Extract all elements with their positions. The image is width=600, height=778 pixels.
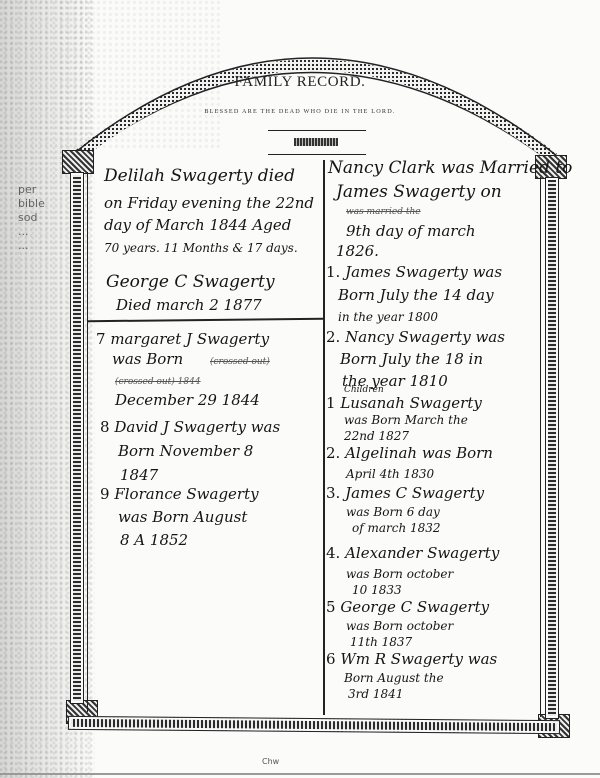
footer-mark: Chw: [262, 757, 279, 766]
entry-line: Florance Swagerty: [114, 485, 258, 503]
entry-line: David J Swagerty was: [114, 418, 280, 436]
entry-line: 1826.: [336, 244, 379, 259]
entry-line: 10 1833: [352, 584, 402, 596]
entry-line: 70 years. 11 Months & 17 days.: [104, 242, 298, 254]
entry-line: Born July the 14 day: [338, 288, 494, 303]
entry-line: 8 A 1852: [120, 533, 188, 548]
entry-line: December 29 1844: [115, 393, 260, 408]
entry-line: Born July the 18 in: [340, 352, 483, 367]
entry-line: Algelinah was Born: [345, 444, 493, 462]
entry-number: 7: [96, 330, 106, 348]
entry-line: was Born August: [118, 510, 247, 525]
entry-line: Died march 2 1877: [116, 298, 262, 313]
entry-number: 6: [326, 650, 336, 668]
entry-line: was Born: [112, 352, 183, 367]
margin-note-line: per: [18, 183, 78, 197]
entry-line: Nancy Swagerty was: [345, 328, 505, 346]
column-divider: [323, 160, 325, 715]
entry-line: was Born 6 day: [346, 506, 440, 518]
entry-number: 5: [326, 598, 336, 616]
entry-line: George C Swagerty: [106, 274, 275, 291]
entry-number: 2.: [326, 328, 340, 346]
page-bottom-edge: [0, 773, 600, 775]
entry-line: day of March 1844 Aged: [104, 218, 291, 233]
header-rule-bottom: [268, 154, 366, 155]
entry-line: was Born March the: [344, 414, 468, 426]
struck-text: was married the: [346, 208, 421, 217]
entry-line: 3rd 1841: [348, 688, 403, 700]
entry-line: was Born october: [346, 620, 453, 632]
left-section-rule: [88, 318, 323, 322]
entry-line: Born November 8: [118, 444, 253, 459]
entry-line: Nancy Clark was Married to: [328, 160, 572, 177]
border-corner-top-left: [62, 150, 94, 174]
entry-number: 9: [100, 485, 110, 503]
entry-number: 1: [326, 394, 336, 412]
entry-number: 3.: [326, 484, 340, 502]
struck-text: (crossed out): [210, 358, 270, 367]
entry-number: 2.: [326, 444, 340, 462]
struck-text: (crossed out) 1844: [115, 378, 201, 387]
header-ornament: [294, 138, 338, 146]
entry-line: 1847: [120, 468, 158, 483]
border-right: [545, 177, 559, 719]
page-subtitle: BLESSED ARE THE DEAD WHO DIE IN THE LORD…: [0, 108, 600, 115]
entry-number: 8: [100, 418, 110, 436]
inner-frame-right: [540, 177, 541, 717]
margin-note-line: ...: [18, 225, 78, 239]
entry-line: Wm R Swagerty was: [340, 650, 497, 668]
inner-frame-left: [87, 172, 88, 712]
entry-line: April 4th 1830: [346, 468, 434, 480]
entry-line: Delilah Swagerty died: [104, 168, 295, 185]
entry-line: Lusanah Swagerty: [340, 394, 482, 412]
entry-line: Born August the: [344, 672, 444, 684]
entry-line: was Born october: [346, 568, 453, 580]
entry-line: 9th day of march: [346, 224, 476, 239]
page-title: FAMILY RECORD.: [0, 74, 600, 91]
entry-line: of march 1832: [352, 522, 441, 534]
entry-line: George C Swagerty: [340, 598, 489, 616]
margin-note-line: bible: [18, 197, 78, 211]
entry-number: 4.: [326, 544, 340, 562]
entry-line: margaret J Swagerty: [110, 330, 269, 348]
entry-line: 11th 1837: [350, 636, 412, 648]
entry-line: 22nd 1827: [344, 430, 409, 442]
entry-line: James Swagerty on: [336, 184, 502, 201]
entry-line: on Friday evening the 22nd: [104, 196, 314, 211]
entry-line: in the year 1800: [338, 311, 438, 323]
margin-note-line: ...: [18, 239, 78, 253]
entry-number: 1.: [326, 263, 340, 281]
border-bottom: [68, 716, 560, 734]
entry-line: James Swagerty was: [345, 263, 502, 281]
header-rule-top: [268, 130, 366, 131]
entry-line: Alexander Swagerty: [345, 544, 499, 562]
margin-note: per bible sod ... ...: [18, 183, 78, 253]
margin-note-line: sod: [18, 211, 78, 225]
entry-line: James C Swagerty: [345, 484, 484, 502]
